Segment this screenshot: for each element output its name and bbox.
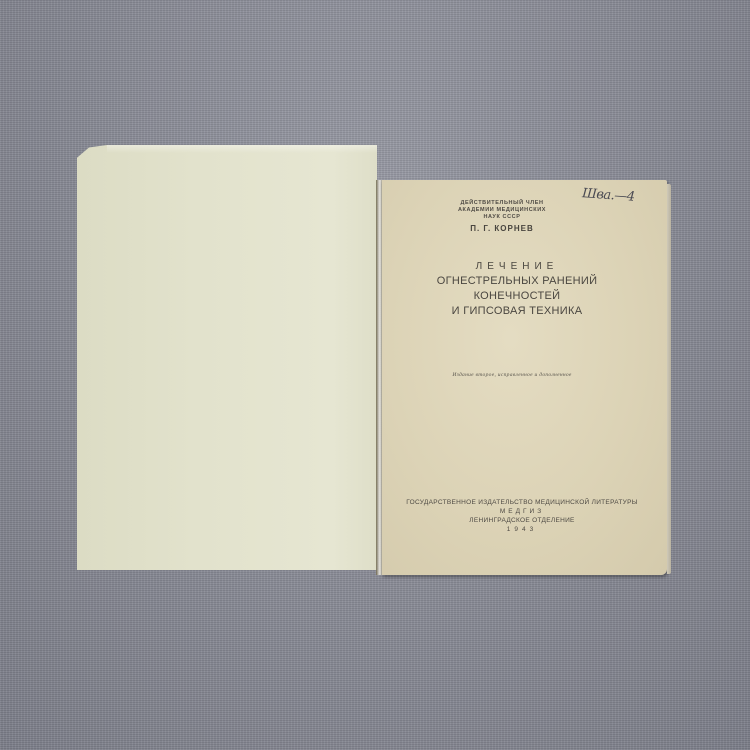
book-title: ЛЕЧЕНИЕ ОГНЕСТРЕЛЬНЫХ РАНЕНИЙ КОНЕЧНОСТЕ… <box>417 260 617 319</box>
publisher-block: ГОСУДАРСТВЕННОЕ ИЗДАТЕЛЬСТВО МЕДИЦИНСКОЙ… <box>392 498 652 534</box>
author-block: ДЕЙСТВИТЕЛЬНЫЙ ЧЛЕН АКАДЕМИИ МЕДИЦИНСКИХ… <box>382 200 582 233</box>
author-name: П. Г. КОРНЕВ <box>422 224 582 233</box>
title-line: И ГИПСОВАЯ ТЕХНИКА <box>417 304 617 319</box>
edition-note: Издание второе, исправленное и дополненн… <box>412 372 612 378</box>
handwritten-note: Шва.—4 <box>582 186 635 205</box>
publisher-branch: ЛЕНИНГРАДСКОЕ ОТДЕЛЕНИЕ <box>392 516 652 525</box>
title-line: КОНЕЧНОСТЕЙ <box>417 289 617 304</box>
title-line: ЛЕЧЕНИЕ <box>417 260 617 274</box>
publisher-name: ГОСУДАРСТВЕННОЕ ИЗДАТЕЛЬСТВО МЕДИЦИНСКОЙ… <box>392 498 652 507</box>
author-credential-line: АКАДЕМИИ МЕДИЦИНСКИХ <box>422 207 582 214</box>
publication-year: 1943 <box>392 525 652 534</box>
title-page: ДЕЙСТВИТЕЛЬНЫЙ ЧЛЕН АКАДЕМИИ МЕДИЦИНСКИХ… <box>382 180 667 575</box>
author-credential-line: НАУК СССР <box>422 214 582 221</box>
publisher-imprint: МЕДГИЗ <box>392 507 652 516</box>
title-line: ОГНЕСТРЕЛЬНЫХ РАНЕНИЙ <box>417 274 617 289</box>
left-blank-page <box>77 145 377 570</box>
author-credential-line: ДЕЙСТВИТЕЛЬНЫЙ ЧЛЕН <box>422 200 582 207</box>
